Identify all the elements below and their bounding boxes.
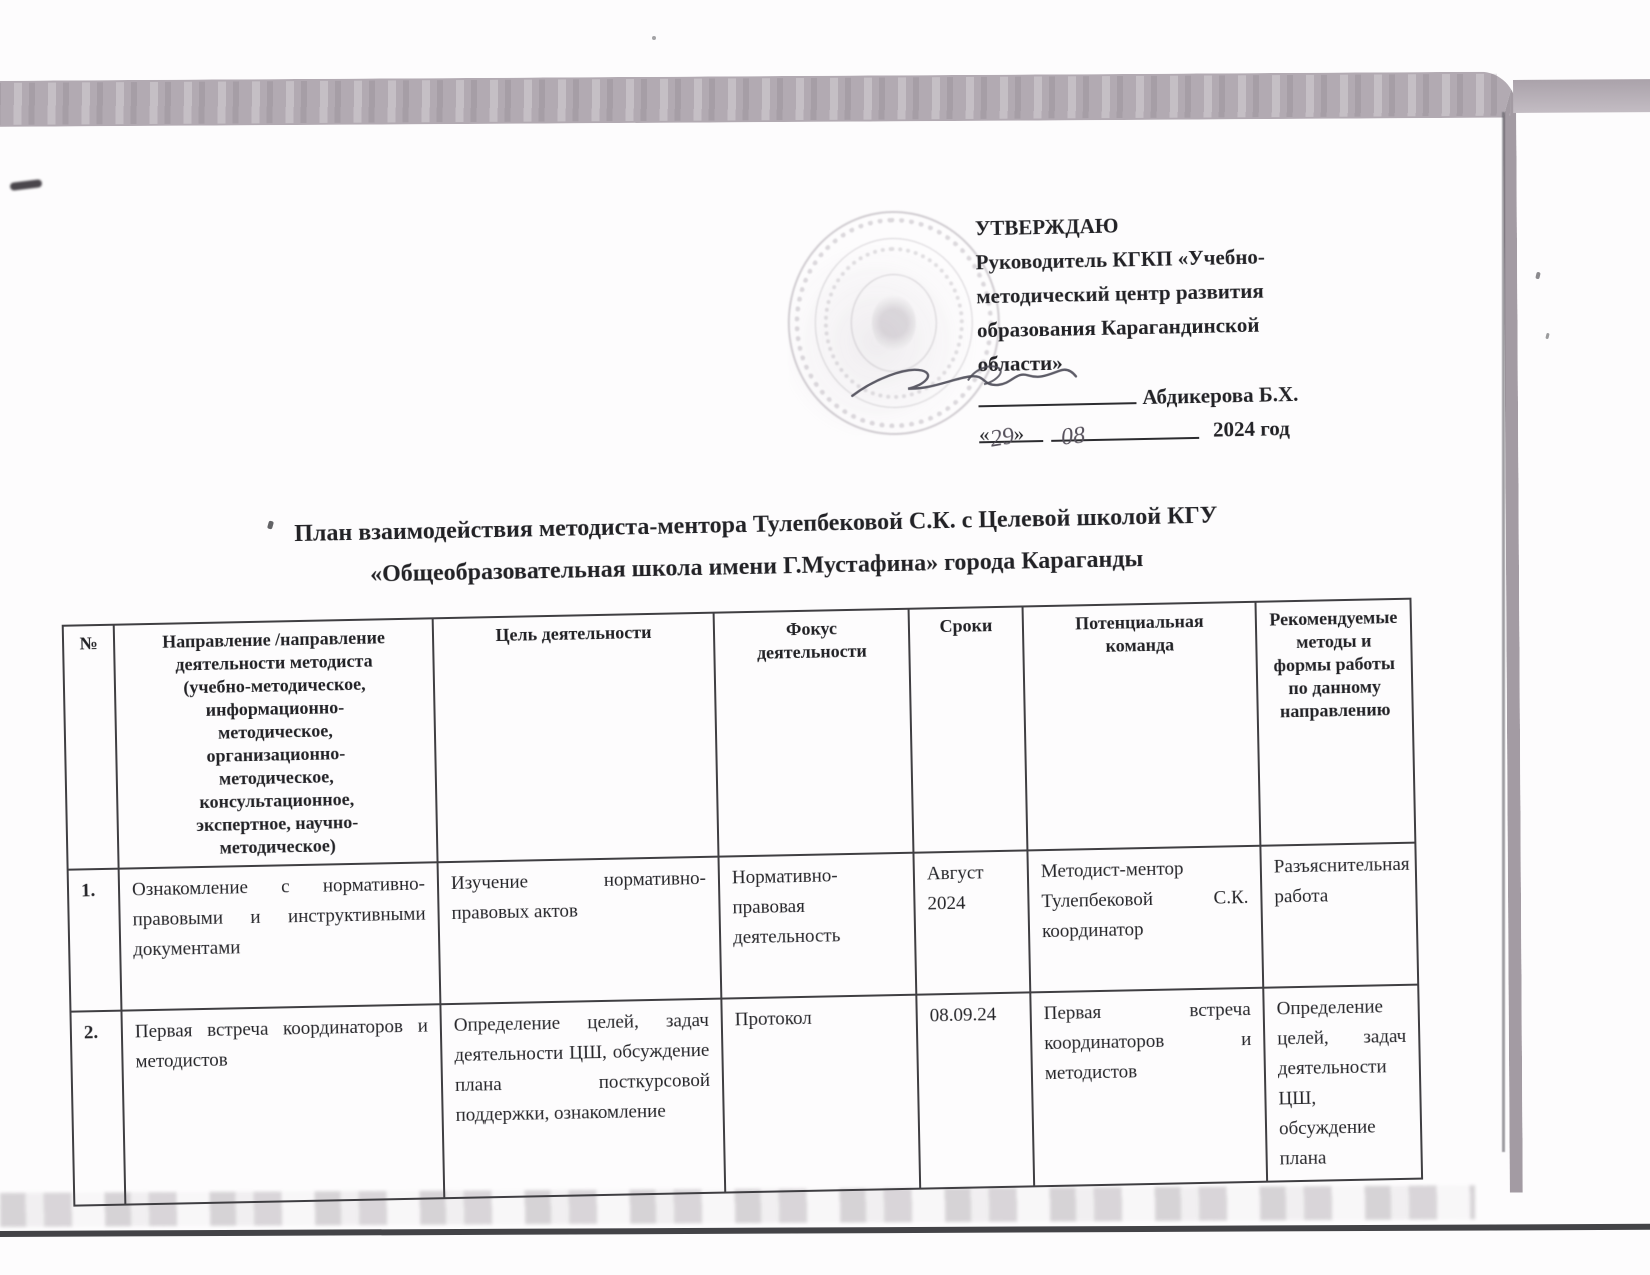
handwritten-signature bbox=[847, 351, 1078, 420]
month-field: 08 bbox=[1051, 413, 1199, 442]
document-page: УТВЕРЖДАЮ Руководитель КГКП «Учебно- мет… bbox=[0, 0, 1650, 1275]
col-header-team: Потенциальная команда bbox=[1023, 602, 1261, 851]
cell-direction: Ознакомление с нормативно-правовыми и ин… bbox=[119, 862, 441, 1010]
cell-goal: Определение целей, задач деятельности ЦШ… bbox=[440, 999, 725, 1199]
document-title: План взаимодействия методиста-ментора Ту… bbox=[256, 494, 1257, 598]
signatory-name: Абдикерова Б.Х. bbox=[1142, 382, 1298, 409]
cell-team: Методист-ментор Тулепбековой С.К. коорди… bbox=[1027, 846, 1263, 993]
cell-methods: Разъяснительная работа bbox=[1260, 843, 1418, 988]
day-field: «29» bbox=[979, 416, 1044, 443]
col-header-direction: Направление /направление деятельности ме… bbox=[114, 618, 438, 868]
cell-methods: Определение целей, задач деятельности ЦШ… bbox=[1263, 985, 1422, 1182]
table-row: 1. Ознакомление с нормативно-правовыми и… bbox=[68, 843, 1419, 1012]
col-header-terms: Сроки bbox=[909, 606, 1028, 852]
handwritten-day: 29 bbox=[987, 419, 1016, 456]
cell-focus: Нормативно-правовая деятельность bbox=[718, 853, 916, 999]
cell-num: 2. bbox=[70, 1011, 125, 1206]
col-header-methods: Рекомендуемые методы и формы работы по д… bbox=[1255, 599, 1415, 846]
cell-term: Август 2024 bbox=[913, 850, 1030, 994]
table-header-row: № Направление /направление деятельности … bbox=[63, 599, 1416, 870]
col-header-focus: Фокус деятельности bbox=[714, 609, 914, 857]
cell-direction: Первая встреча координаторов и методисто… bbox=[121, 1004, 444, 1204]
cell-term: 08.09.24 bbox=[916, 992, 1034, 1188]
cell-team: Первая встреча координаторов и методисто… bbox=[1030, 988, 1267, 1187]
plan-table: № Направление /направление деятельности … bbox=[62, 598, 1423, 1207]
col-header-num: № bbox=[63, 625, 119, 870]
cell-focus: Протокол bbox=[721, 995, 920, 1193]
cell-goal: Изучение нормативно-правовых актов bbox=[438, 857, 722, 1005]
approval-block: УТВЕРЖДАЮ Руководитель КГКП «Учебно- мет… bbox=[975, 204, 1360, 452]
table-row: 2. Первая встреча координаторов и методи… bbox=[70, 985, 1422, 1206]
col-header-goal: Цель деятельности bbox=[433, 613, 719, 863]
signature-row: Абдикерова Б.Х. bbox=[978, 374, 1359, 418]
cell-num: 1. bbox=[68, 869, 122, 1012]
year-label: 2024 год bbox=[1213, 416, 1290, 442]
handwritten-month: 08 bbox=[1059, 418, 1087, 454]
